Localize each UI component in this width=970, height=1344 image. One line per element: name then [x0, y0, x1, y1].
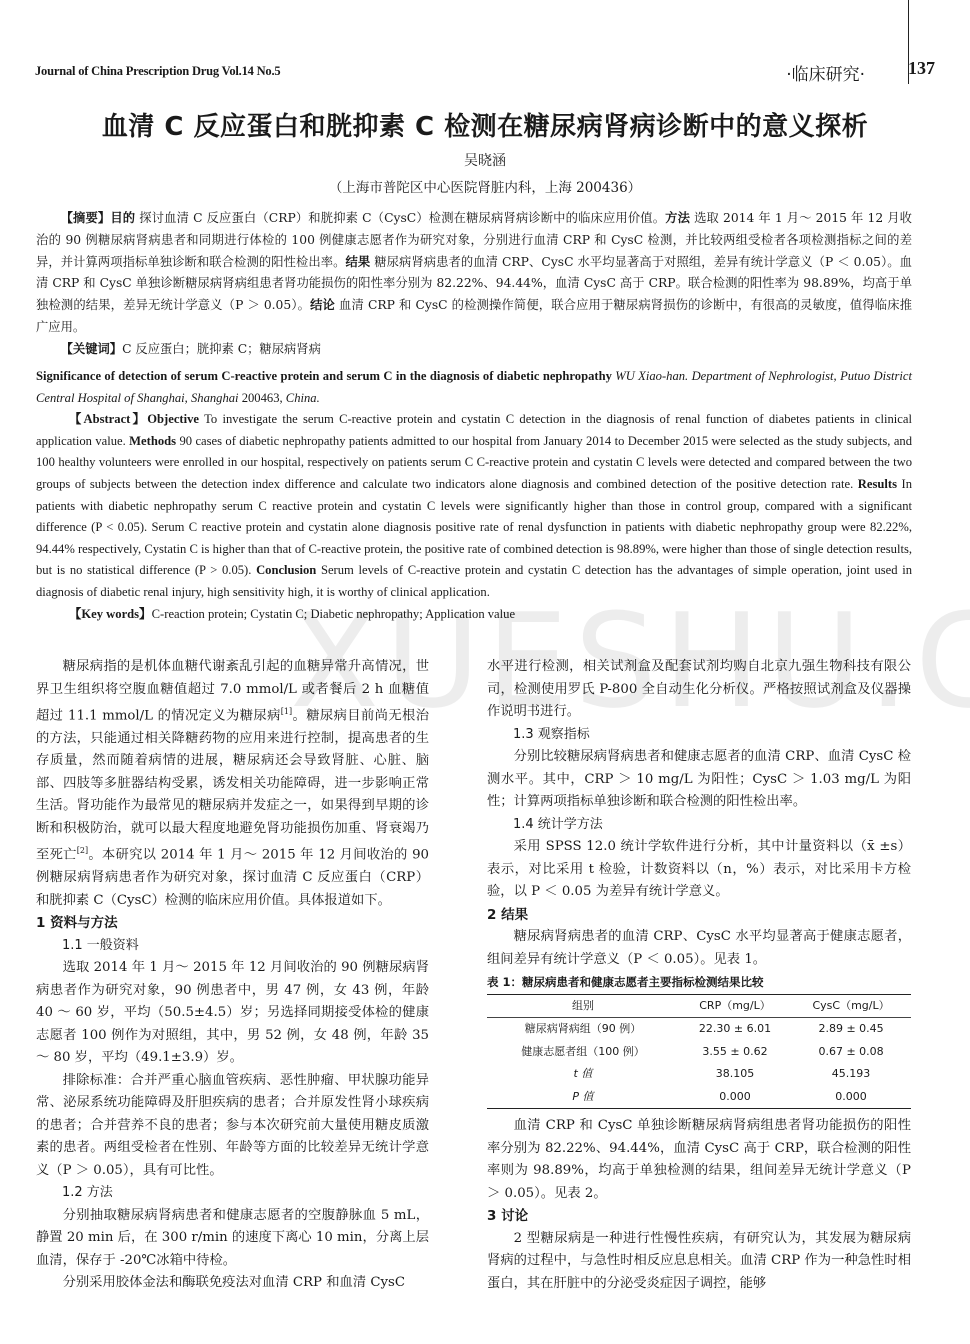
table-cell: 0.67 ± 0.08 [791, 1041, 911, 1064]
table-1-caption: 表 1：糖尿病患者和健康志愿者主要指标检测结果比较 [487, 971, 911, 994]
journal-name: Journal of China Prescription Drug Vol.1… [35, 64, 280, 79]
keywords-cn: 【关键词】C 反应蛋白；胱抑素 C；糖尿病肾病 [36, 339, 912, 361]
table-cell: 糖尿病肾病组（90 例） [487, 1018, 679, 1041]
article-title: 血清 C 反应蛋白和胱抑素 C 检测在糖尿病肾病诊断中的意义探析 [0, 106, 970, 143]
table-cell: 0.000 [791, 1086, 911, 1109]
keywords-text: C 反应蛋白；胱抑素 C；糖尿病肾病 [122, 342, 321, 356]
table-cell: 健康志愿者组（100 例） [487, 1041, 679, 1064]
english-postcode: 200463, [239, 391, 286, 405]
intro-paragraph: 糖尿病指的是机体血糖代谢紊乱引起的血糖异常升高情况，世界卫生组织将空腹血糖值超过… [36, 656, 429, 912]
english-country: China. [286, 391, 320, 405]
paragraph-continued: 水平进行检测，相关试剂盒及配套试剂均购自北京九强生物科技有限公司，检测使用罗氏 … [487, 656, 911, 724]
paragraph-method: 分别抽取糖尿病肾病患者和健康志愿者的空腹静脉血 5 mL，静置 20 min 后… [36, 1205, 429, 1273]
keywords-en-text: C-reaction protein; Cystatin C; Diabetic… [152, 607, 515, 621]
conclusion-en-label: Conclusion [256, 563, 316, 577]
section-heading-1: 1 资料与方法 [36, 912, 429, 935]
citation-1[interactable]: [1] [281, 707, 292, 716]
table-header-cell: CRP（mg/L） [679, 994, 791, 1018]
table-cell: 38.105 [679, 1063, 791, 1086]
objective-en-label: Objective [147, 412, 199, 426]
table-row: 糖尿病肾病组（90 例） 22.30 ± 6.01 2.89 ± 0.45 [487, 1018, 911, 1041]
paragraph-results-2: 血清 CRP 和 CysC 单独诊断糖尿病肾病组患者肾功能损伤的阳性率分别为 8… [487, 1115, 911, 1205]
author: 吴晓涵 [0, 150, 970, 170]
section-tag: ·临床研究· [786, 60, 865, 85]
english-title: Significance of detection of serum C-rea… [36, 369, 612, 383]
header-divider [908, 0, 909, 84]
body-column-left: 糖尿病指的是机体血糖代谢紊乱引起的血糖异常升高情况，世界卫生组织将空腹血糖值超过… [36, 656, 429, 1295]
table-1: 组别 CRP（mg/L） CysC（mg/L） 糖尿病肾病组（90 例） 22.… [487, 994, 911, 1110]
affiliation: （上海市普陀区中心医院肾脏内科，上海 200436） [0, 176, 970, 196]
table-cell: 2.89 ± 0.45 [791, 1018, 911, 1041]
objective-label: 目的 [110, 211, 135, 225]
methods-en-label: Methods [129, 434, 176, 448]
results-en-label: Results [858, 477, 897, 491]
table-cell: t 值 [487, 1063, 679, 1086]
paragraph-results-1: 糖尿病肾病患者的血清 CRP、CysC 水平均显著高于健康志愿者，组间差异有统计… [487, 926, 911, 971]
abstract-cn-body: 【摘要】目的 探讨血清 C 反应蛋白（CRP）和胱抑素 C（CysC）检测在糖尿… [36, 208, 912, 339]
page-number: 137 [908, 58, 935, 79]
table-row: t 值 38.105 45.193 [487, 1063, 911, 1086]
keywords-en-label: 【Key words】 [69, 607, 152, 621]
keywords-label: 【关键词】 [61, 342, 123, 356]
table-header-cell: 组别 [487, 994, 679, 1018]
subsection-heading-1-4: 1.4 统计学方法 [487, 814, 911, 837]
abstract-label: 【摘要】 [61, 211, 111, 225]
table-header-cell: CysC（mg/L） [791, 994, 911, 1018]
table-header-row: 组别 CRP（mg/L） CysC（mg/L） [487, 994, 911, 1018]
table-row: 健康志愿者组（100 例） 3.55 ± 0.62 0.67 ± 0.08 [487, 1041, 911, 1064]
table-cell: P 值 [487, 1086, 679, 1109]
english-abstract-body: 【Abstract】Objective To investigate the s… [36, 409, 912, 603]
results-label: 结果 [345, 255, 370, 269]
subsection-heading-1-2: 1.2 方法 [36, 1182, 429, 1205]
table-cell: 22.30 ± 6.01 [679, 1018, 791, 1041]
table-cell: 0.000 [679, 1086, 791, 1109]
section-heading-3: 3 讨论 [487, 1205, 911, 1228]
subsection-heading-1-3: 1.3 观察指标 [487, 724, 911, 747]
paragraph-method-2: 分别采用胶体金法和酶联免疫法对血清 CRP 和血清 CysC [36, 1272, 429, 1295]
paragraph-indicators: 分别比较糖尿病肾病患者和健康志愿者的血清 CRP、血清 CysC 检测水平。其中… [487, 746, 911, 814]
citation-2[interactable]: [2] [77, 846, 88, 855]
paragraph-general-data: 选取 2014 年 1 月～ 2015 年 12 月间收治的 90 例糖尿病肾病… [36, 957, 429, 1070]
conclusion-label: 结论 [310, 298, 335, 312]
keywords-en: 【Key words】C-reaction protein; Cystatin … [36, 604, 912, 626]
table-row: P 值 0.000 0.000 [487, 1086, 911, 1109]
table-cell: 45.193 [791, 1063, 911, 1086]
running-header: Journal of China Prescription Drug Vol.1… [35, 60, 935, 82]
table-cell: 3.55 ± 0.62 [679, 1041, 791, 1064]
paragraph-statistics: 采用 SPSS 12.0 统计学软件进行分析，其中计量资料以（x̄ ±s）表示，… [487, 836, 911, 904]
paragraph-exclusion: 排除标准：合并严重心脑血管疾病、恶性肿瘤、甲状腺功能异常、泌尿系统功能障碍及肝胆… [36, 1070, 429, 1183]
intro-text-2: 。糖尿病目前尚无根治的方法，只能通过相关降糖药物的应用来进行控制，提高患者的生存… [36, 708, 429, 862]
subsection-heading-1-1: 1.1 一般资料 [36, 935, 429, 958]
paragraph-discussion: 2 型糖尿病是一种进行性慢性疾病，有研究认为，其发展为糖尿病肾病的过程中，与急性… [487, 1228, 911, 1296]
methods-label: 方法 [665, 211, 690, 225]
objective-text: 探讨血清 C 反应蛋白（CRP）和胱抑素 C（CysC）检测在糖尿病肾病诊断中的… [135, 211, 665, 225]
intro-text-3: 。本研究以 2014 年 1 月～ 2015 年 12 月间收治的 90 例糖尿… [36, 848, 429, 908]
english-title-line: Significance of detection of serum C-rea… [36, 366, 912, 409]
abstract-english: Significance of detection of serum C-rea… [36, 366, 912, 625]
abstract-chinese: 【摘要】目的 探讨血清 C 反应蛋白（CRP）和胱抑素 C（CysC）检测在糖尿… [36, 208, 912, 361]
abstract-en-label: 【Abstract】 [69, 412, 148, 426]
body-column-right: 水平进行检测，相关试剂盒及配套试剂均购自北京九强生物科技有限公司，检测使用罗氏 … [487, 656, 911, 1295]
section-heading-2: 2 结果 [487, 904, 911, 927]
